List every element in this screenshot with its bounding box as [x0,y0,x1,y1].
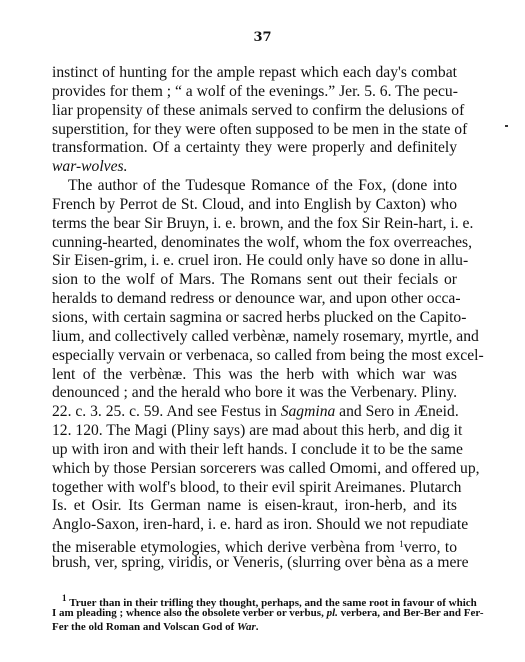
text-line: the miserable etymologies, which derive … [52,535,457,554]
text-line: Anglo-Saxon, iren-hard, i. e. hard as ir… [52,516,457,535]
text-line: war-wolves. [52,158,457,177]
text-line: lium, and collectively called verbènæ, n… [52,328,457,347]
text-line: provides for them ; “ a wolf of the even… [52,83,457,102]
text-line: sions, with certain sagmina or sacred he… [52,309,457,328]
emphasis-pl: pl. [327,607,338,619]
footnote-line: Fer the old Roman and Volscan God of War… [52,620,459,635]
text-line: heralds to demand redress or denounce wa… [52,290,457,309]
text-line: transformation. Of a certainty they were… [52,139,457,158]
paragraph-start: The author of the Tudesque Romance of th… [52,177,457,196]
emphasis-war-wolves: war-wolves. [52,158,128,175]
page-number: 37 [0,30,525,45]
text-line: especially vervain or verbenaca, so call… [52,347,457,366]
text-line: 22. c. 3. 25. c. 59. And see Festus in S… [52,403,457,422]
text-line: Is. et Osir. Its German name is eisen-kr… [52,497,457,516]
text-line: together with wolf's blood, to their evi… [52,479,457,498]
text-line: lent of the verbènæ. This was the herb w… [52,366,457,385]
text-line: which by those Persian sorcerers was cal… [52,460,457,479]
footnote-line: 1 Truer than in their trifling they thou… [52,591,459,606]
emphasis-sagmina: Sagmina [281,403,336,420]
text-line: denounced ; and the herald who bore it w… [52,384,457,403]
document-page: 37 instinct of hunting for the ample rep… [0,0,525,662]
emphasis-war: War [237,621,256,633]
footnote-line: I am pleading ; whence also the obsolete… [52,606,459,621]
text-line: 12. 120. The Magi (Pliny says) are mad a… [52,422,457,441]
footnote: 1 Truer than in their trifling they thou… [52,591,459,635]
footnote-marker: 1 [62,593,67,603]
body-text: instinct of hunting for the ample repast… [52,64,457,573]
text-line: Sir Eisen-grim, i. e. cruel iron. He cou… [52,252,457,271]
text-line: French by Perrot de St. Cloud, and into … [52,196,457,215]
text-line: superstition, for they were often suppos… [52,121,457,140]
text-line: brush, ver, spring, viridis, or Veneris,… [52,554,457,573]
text-line: cunning-hearted, denominates the wolf, w… [52,234,457,253]
scan-speck [505,125,508,127]
text-line: sion to the wolf of Mars. The Romans sen… [52,271,457,290]
text-line: terms the bear Sir Bruyn, i. e. brown, a… [52,215,457,234]
text-line: instinct of hunting for the ample repast… [52,64,457,83]
text-line: up with iron and with their left hands. … [52,441,457,460]
text-line: liar propensity of these animals served … [52,102,457,121]
